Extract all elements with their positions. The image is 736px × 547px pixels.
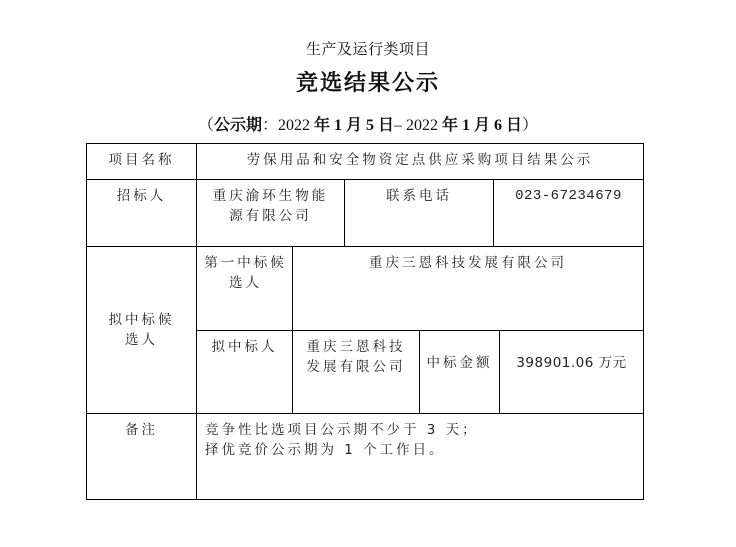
document-title: 竞选结果公示 — [0, 66, 736, 97]
remarks-line-1: 竞争性比选项目公示期不少于 3 天； — [205, 420, 639, 440]
proposed-winner-value: 重庆三恩科技发展有限公司 — [293, 331, 419, 413]
contact-phone-label: 联系电话 — [345, 180, 493, 246]
tenderer-value: 重庆渝环生物能源有限公司 — [197, 180, 344, 246]
first-candidate-value: 重庆三恩科技发展有限公司 — [293, 247, 643, 330]
project-name-label: 项目名称 — [87, 144, 196, 179]
tenderer-label: 招标人 — [87, 180, 196, 246]
publicity-period: （公示期：2022 年 1 月 5 日– 2022 年 1 月 6 日） — [0, 112, 736, 135]
candidate-label: 拟中标候选人 — [87, 247, 196, 413]
bid-amount-value: 398901.06 万元 — [500, 331, 643, 395]
bid-amount-label-text: 中标金额 — [427, 353, 493, 373]
table-border-bottom — [86, 499, 644, 500]
proposed-winner-label: 拟中标人 — [197, 331, 292, 413]
remarks-line-2: 择优竞价公示期为 1 个工作日。 — [205, 440, 639, 460]
project-name-value: 劳保用品和安全物资定点供应采购项目结果公示 — [197, 144, 643, 179]
document-subtitle: 生产及运行类项目 — [0, 38, 736, 59]
period-open-paren: （ — [198, 117, 214, 134]
candidate-label-text: 拟中标候选人 — [101, 310, 182, 350]
remarks-label: 备注 — [87, 414, 196, 499]
remarks-value: 竞争性比选项目公示期不少于 3 天； 择优竞价公示期为 1 个工作日。 — [197, 414, 643, 499]
table-border-right — [643, 143, 644, 500]
period-label: 公示期 — [214, 117, 262, 134]
bid-amount-value-text: 398901.06 万元 — [516, 353, 626, 373]
period-close-paren: ） — [522, 117, 538, 134]
contact-phone-value: 023-67234679 — [494, 180, 643, 246]
first-candidate-label: 第一中标候选人 — [197, 247, 292, 330]
period-colon: ： — [262, 117, 278, 134]
period-start-date: 年 1 月 5 日 — [310, 117, 394, 134]
period-end-date: 年 1 月 6 日 — [438, 117, 522, 134]
period-end-year: 2022 — [406, 117, 438, 134]
period-start-year: 2022 — [278, 117, 310, 134]
period-dash: – — [394, 117, 406, 134]
bid-amount-label: 中标金额 — [420, 331, 499, 395]
